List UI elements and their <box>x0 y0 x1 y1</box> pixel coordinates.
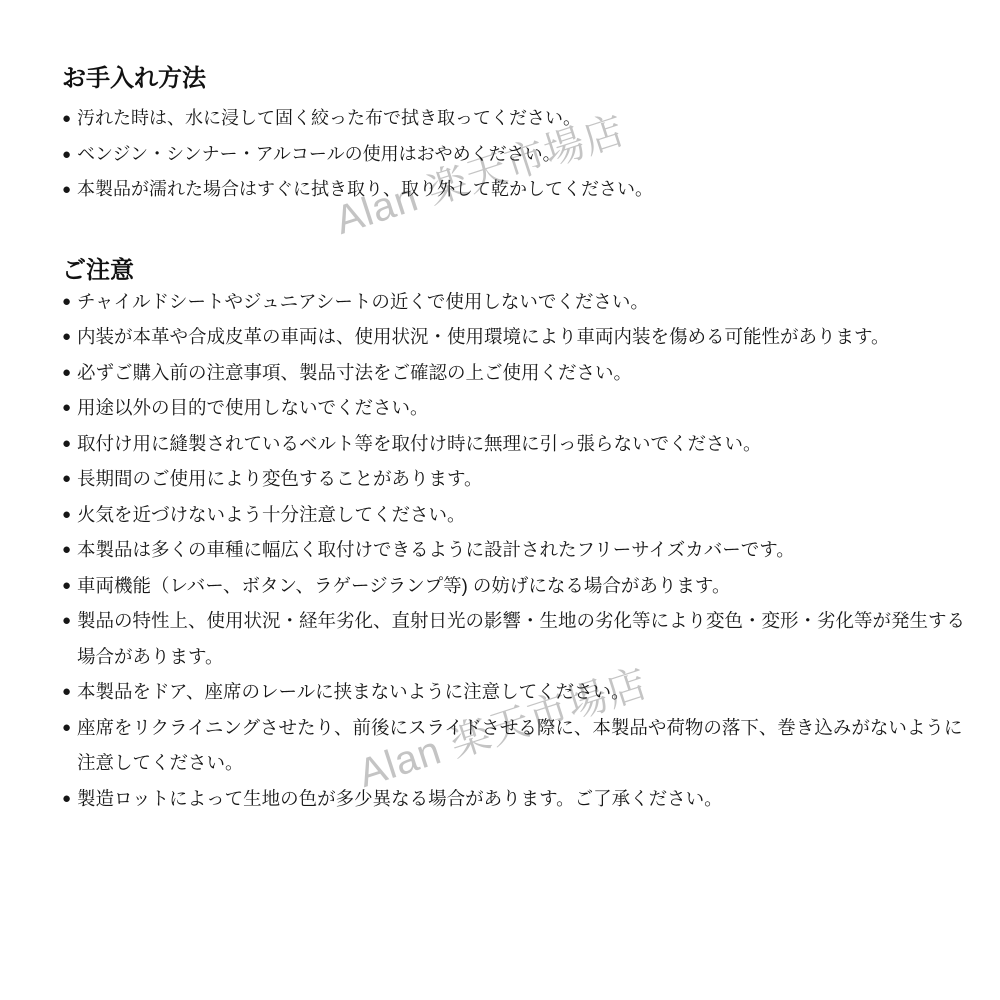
caution-bullet-list: ●チャイルドシートやジュニアシートの近くで使用しないでください。●内装が本革や合… <box>62 284 964 817</box>
item-line: チャイルドシートやジュニアシートの近くで使用しないでください。 <box>77 284 649 320</box>
item-line: 注意してください。 <box>77 745 962 781</box>
list-item: ●本製品をドア、座席のレールに挟まないように注意してください。 <box>62 674 964 710</box>
item-text: チャイルドシートやジュニアシートの近くで使用しないでください。 <box>77 284 649 320</box>
bullet-icon: ● <box>62 710 77 746</box>
list-item: ●座席をリクライニングさせたり、前後にスライドさせる際に、本製品や荷物の落下、巻… <box>62 710 964 781</box>
item-line: 長期間のご使用により変色することがあります。 <box>77 461 483 497</box>
item-line: 内装が本革や合成皮革の車両は、使用状況・使用環境により車両内装を傷める可能性があ… <box>77 319 890 355</box>
item-line: 必ずご購入前の注意事項、製品寸法をご確認の上ご使用ください。 <box>77 355 632 391</box>
list-item: ●チャイルドシートやジュニアシートの近くで使用しないでください。 <box>62 284 964 320</box>
item-line: 取付け用に縫製されているベルト等を取付け時に無理に引っ張らないでください。 <box>77 426 762 462</box>
list-item: ●取付け用に縫製されているベルト等を取付け時に無理に引っ張らないでください。 <box>62 426 964 462</box>
item-line: 座席をリクライニングさせたり、前後にスライドさせる際に、本製品や荷物の落下、巻き… <box>77 710 962 746</box>
list-item: ●製品の特性上、使用状況・経年劣化、直射日光の影響・生地の劣化等により変色・変形… <box>62 603 964 674</box>
care-section-heading: お手入れ方法 <box>62 66 964 92</box>
item-line: 製品の特性上、使用状況・経年劣化、直射日光の影響・生地の劣化等により変色・変形・… <box>77 603 965 639</box>
item-line: 製造ロットによって生地の色が多少異なる場合があります。ご了承ください。 <box>77 781 723 817</box>
bullet-icon: ● <box>62 461 77 497</box>
item-text: 取付け用に縫製されているベルト等を取付け時に無理に引っ張らないでください。 <box>77 426 762 462</box>
list-item: ●ベンジン・シンナー・アルコールの使用はおやめください。 <box>62 137 964 173</box>
list-item: ●長期間のご使用により変色することがあります。 <box>62 461 964 497</box>
care-bullet-list: ●汚れた時は、水に浸して固く絞った布で拭き取ってください。●ベンジン・シンナー・… <box>62 101 964 208</box>
bullet-icon: ● <box>62 426 77 462</box>
bullet-icon: ● <box>62 674 77 710</box>
document-content: お手入れ方法 ●汚れた時は、水に浸して固く絞った布で拭き取ってください。●ベンジ… <box>0 0 1000 816</box>
item-line: 場合があります。 <box>77 639 965 675</box>
list-item: ●製造ロットによって生地の色が多少異なる場合があります。ご了承ください。 <box>62 781 964 817</box>
item-text: 本製品をドア、座席のレールに挟まないように注意してください。 <box>77 674 630 710</box>
list-item: ●車両機能（レバー、ボタン、ラゲージランプ等) の妨げになる場合があります。 <box>62 568 964 604</box>
item-line: 本製品は多くの車種に幅広く取付けできるように設計されたフリーサイズカバーです。 <box>77 532 795 568</box>
item-text: 用途以外の目的で使用しないでください。 <box>77 390 429 426</box>
bullet-icon: ● <box>62 532 77 568</box>
item-text: 製造ロットによって生地の色が多少異なる場合があります。ご了承ください。 <box>77 781 723 817</box>
item-text: 本製品が濡れた場合はすぐに拭き取り、取り外して乾かしてください。 <box>77 172 653 208</box>
bullet-icon: ● <box>62 603 77 639</box>
caution-section-heading: ご注意 <box>62 258 964 284</box>
item-text: 内装が本革や合成皮革の車両は、使用状況・使用環境により車両内装を傷める可能性があ… <box>77 319 890 355</box>
item-line: 火気を近づけないよう十分注意してください。 <box>77 497 466 533</box>
bullet-icon: ● <box>62 101 77 137</box>
item-text: 車両機能（レバー、ボタン、ラゲージランプ等) の妨げになる場合があります。 <box>77 568 730 604</box>
item-line: 本製品が濡れた場合はすぐに拭き取り、取り外して乾かしてください。 <box>77 172 653 208</box>
item-line: 本製品をドア、座席のレールに挟まないように注意してください。 <box>77 674 630 710</box>
list-item: ●汚れた時は、水に浸して固く絞った布で拭き取ってください。 <box>62 101 964 137</box>
item-line: 用途以外の目的で使用しないでください。 <box>77 390 429 426</box>
item-text: 本製品は多くの車種に幅広く取付けできるように設計されたフリーサイズカバーです。 <box>77 532 795 568</box>
bullet-icon: ● <box>62 172 77 208</box>
item-text: 汚れた時は、水に浸して固く絞った布で拭き取ってください。 <box>77 101 581 137</box>
section-care-instructions: お手入れ方法 ●汚れた時は、水に浸して固く絞った布で拭き取ってください。●ベンジ… <box>62 66 964 208</box>
bullet-icon: ● <box>62 319 77 355</box>
item-line: ベンジン・シンナー・アルコールの使用はおやめください。 <box>77 137 561 173</box>
list-item: ●用途以外の目的で使用しないでください。 <box>62 390 964 426</box>
list-item: ●必ずご購入前の注意事項、製品寸法をご確認の上ご使用ください。 <box>62 355 964 391</box>
bullet-icon: ● <box>62 497 77 533</box>
list-item: ●内装が本革や合成皮革の車両は、使用状況・使用環境により車両内装を傷める可能性が… <box>62 319 964 355</box>
bullet-icon: ● <box>62 355 77 391</box>
item-text: ベンジン・シンナー・アルコールの使用はおやめください。 <box>77 137 561 173</box>
item-text: 必ずご購入前の注意事項、製品寸法をご確認の上ご使用ください。 <box>77 355 632 391</box>
item-line: 汚れた時は、水に浸して固く絞った布で拭き取ってください。 <box>77 101 581 137</box>
bullet-icon: ● <box>62 781 77 817</box>
item-text: 火気を近づけないよう十分注意してください。 <box>77 497 466 533</box>
item-text: 製品の特性上、使用状況・経年劣化、直射日光の影響・生地の劣化等により変色・変形・… <box>77 603 965 674</box>
bullet-icon: ● <box>62 390 77 426</box>
list-item: ●本製品が濡れた場合はすぐに拭き取り、取り外して乾かしてください。 <box>62 172 964 208</box>
section-cautions: ご注意 ●チャイルドシートやジュニアシートの近くで使用しないでください。●内装が… <box>62 258 964 817</box>
item-text: 長期間のご使用により変色することがあります。 <box>77 461 483 497</box>
care-instructions-page: Alan 楽天市場店 Alan 楽天市場店 お手入れ方法 ●汚れた時は、水に浸し… <box>0 0 1000 1000</box>
item-line: 車両機能（レバー、ボタン、ラゲージランプ等) の妨げになる場合があります。 <box>77 568 730 604</box>
list-item: ●火気を近づけないよう十分注意してください。 <box>62 497 964 533</box>
item-text: 座席をリクライニングさせたり、前後にスライドさせる際に、本製品や荷物の落下、巻き… <box>77 710 962 781</box>
bullet-icon: ● <box>62 137 77 173</box>
list-item: ●本製品は多くの車種に幅広く取付けできるように設計されたフリーサイズカバーです。 <box>62 532 964 568</box>
bullet-icon: ● <box>62 568 77 604</box>
bullet-icon: ● <box>62 284 77 320</box>
